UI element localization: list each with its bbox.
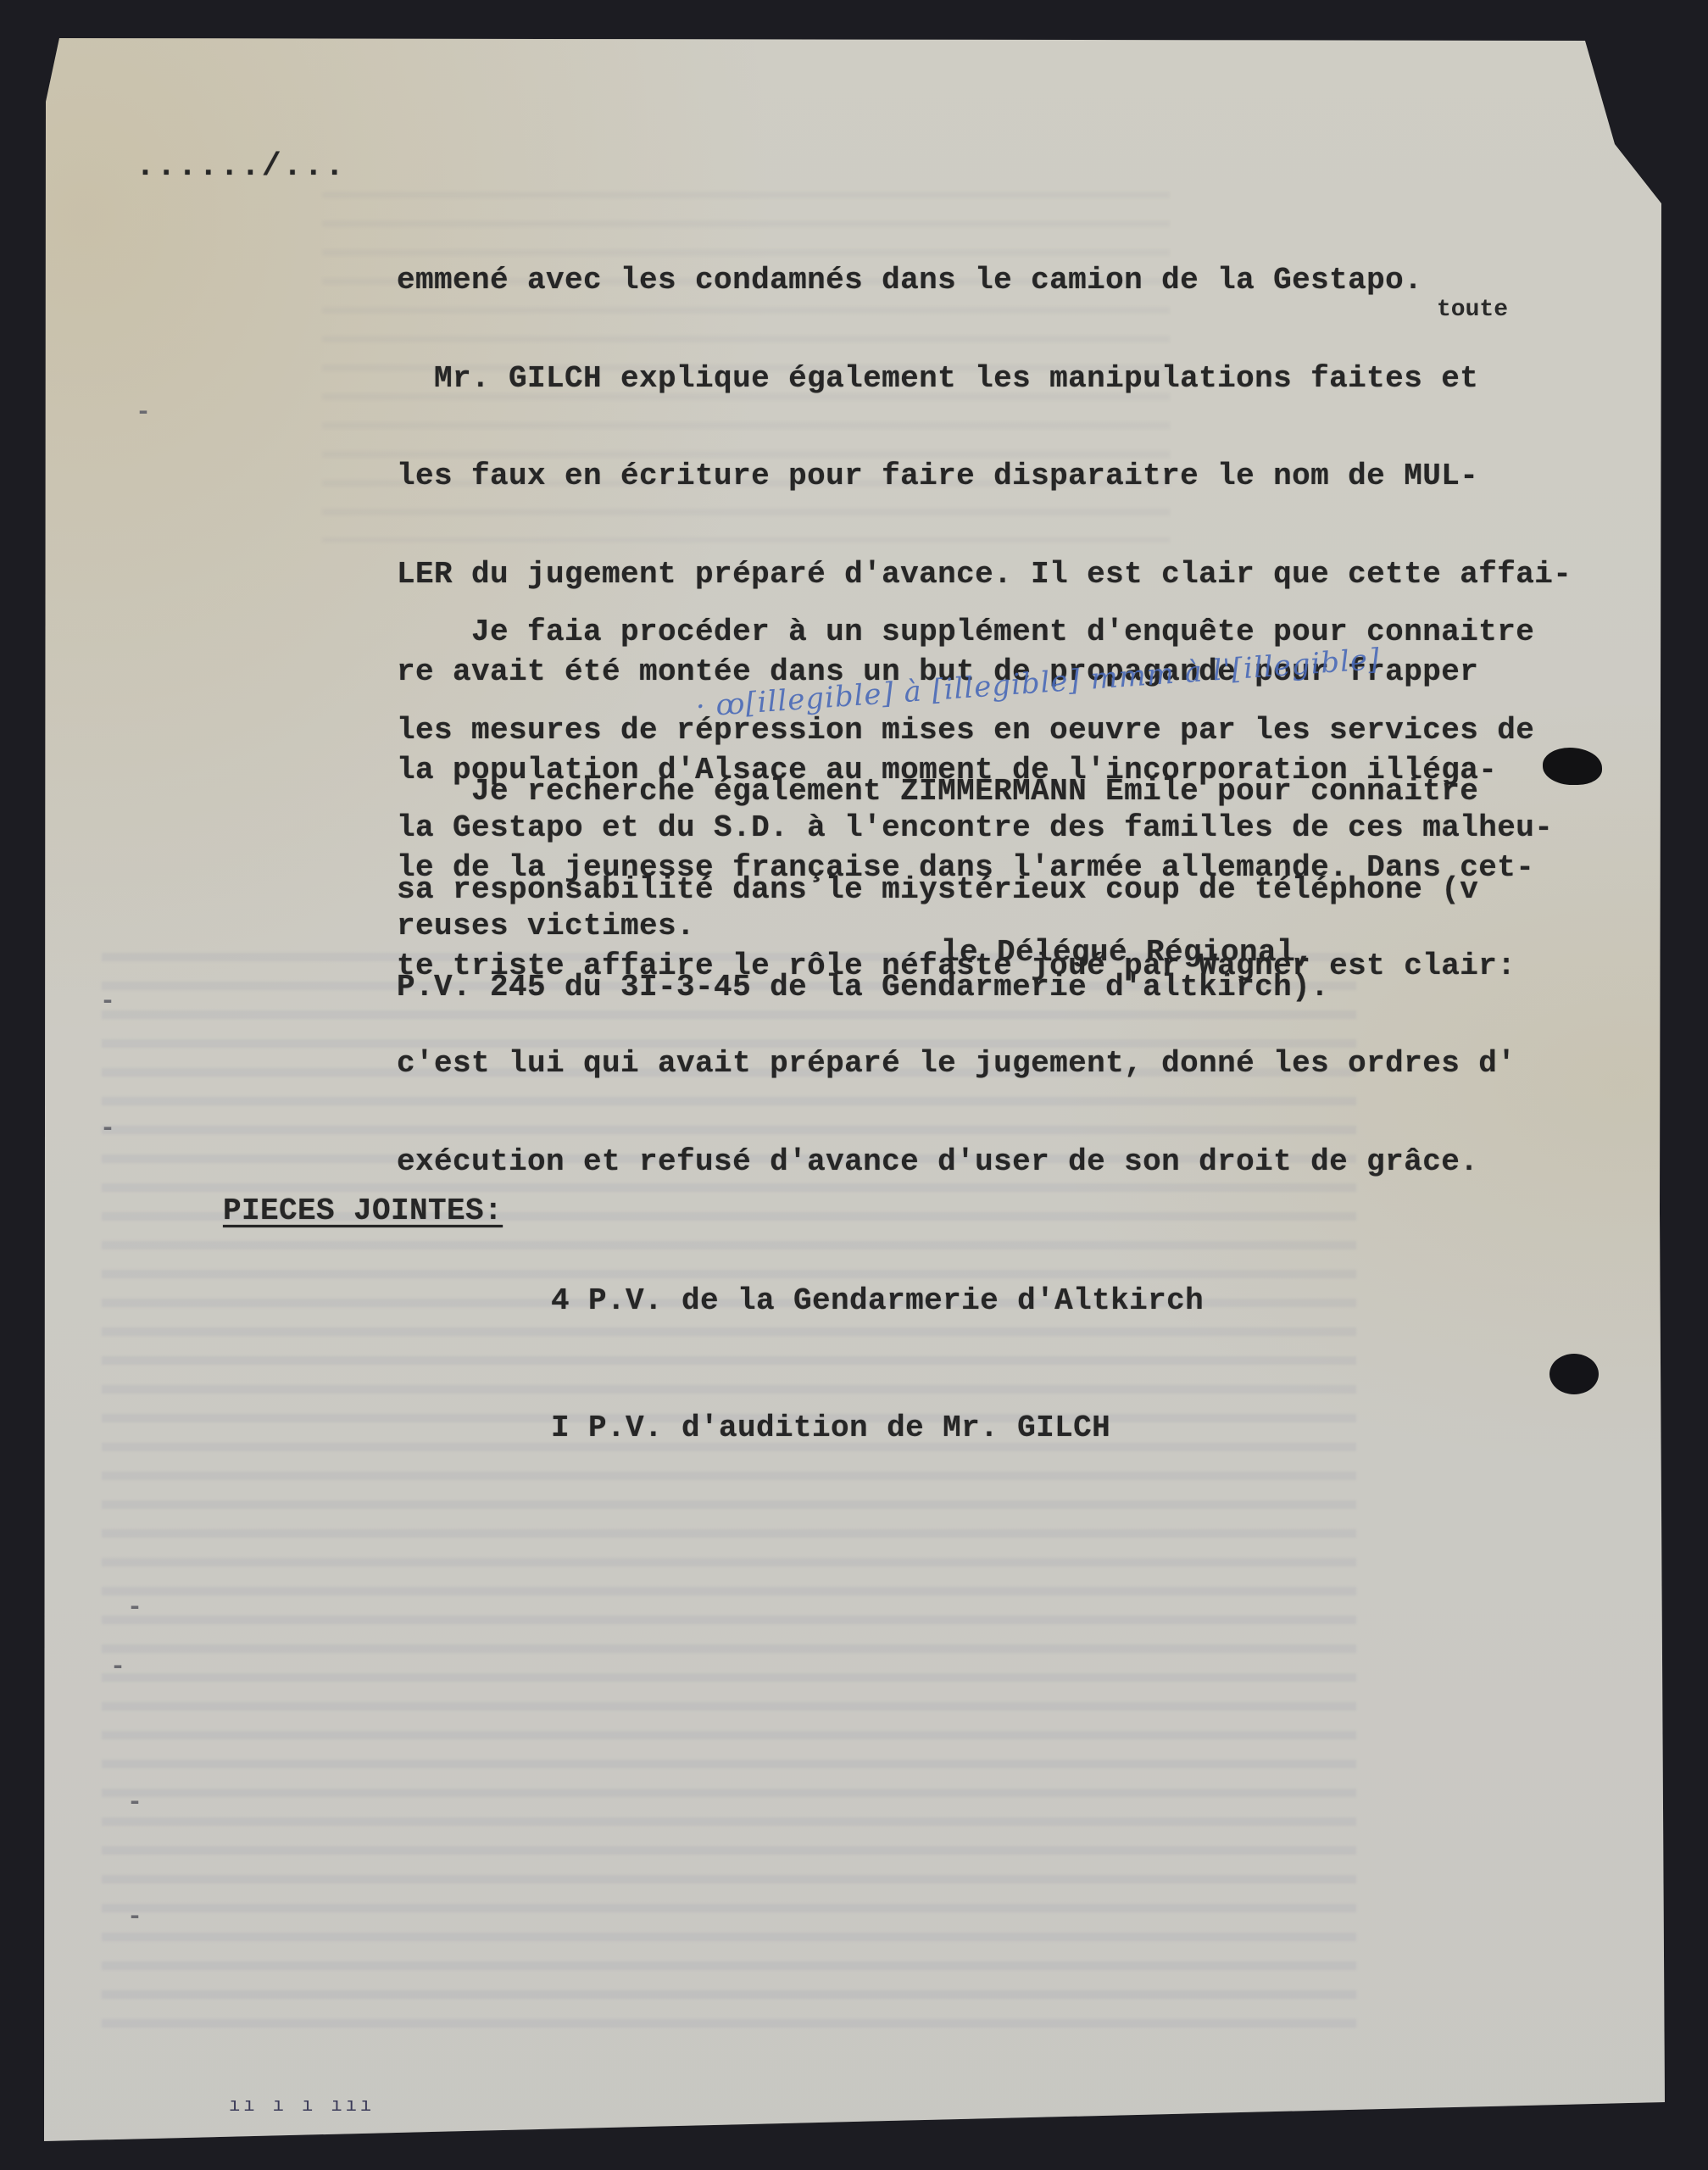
- bleed-dash-mark: -: [100, 1115, 115, 1143]
- punch-hole: [1549, 1354, 1599, 1394]
- bleed-dash-mark: -: [136, 398, 151, 427]
- attachments-label: PIECES JOINTES:: [223, 1195, 503, 1228]
- attachment-item: 4 P.V. de la Gendarmerie d'Altkirch: [551, 1280, 1204, 1322]
- text-line: sa responsabilité dans le miystérieux co…: [397, 874, 1478, 907]
- document-page: ....../... emmené avec les condamnés dan…: [0, 0, 1708, 2170]
- text-line: Je faia procéder à un supplément d'enquê…: [397, 616, 1553, 649]
- text-line: P.V. 245 du 3I-3-45 de la Gendarmerie d'…: [397, 971, 1478, 1004]
- bleed-dash-mark: -: [127, 1903, 142, 1932]
- attachments-label-text: PIECES JOINTES:: [223, 1193, 503, 1228]
- bottom-ink-marks: ıı ı ı ııı: [229, 2095, 375, 2117]
- paragraph-zimmermann-search: Je recherche également ZIMMERMANN Emile …: [397, 710, 1478, 1070]
- text-line: Mr. GILCH explique également les manipul…: [397, 363, 1572, 396]
- page-continuation-marker: ....../...: [136, 151, 346, 184]
- signature-line: le Délégué Régional,: [941, 937, 1314, 970]
- interlinear-correction: toute: [1437, 297, 1508, 323]
- bleed-dash-mark: -: [127, 1594, 142, 1622]
- bleed-dash-mark: -: [100, 988, 115, 1016]
- text-line: emmené avec les condamnés dans le camion…: [397, 264, 1572, 298]
- attachment-item: I P.V. d'audition de Mr. GILCH: [551, 1407, 1204, 1449]
- bleed-dash-mark: -: [127, 1789, 142, 1817]
- bleed-dash-mark: -: [110, 1653, 125, 1682]
- text-line: Je recherche également ZIMMERMANN Emile …: [397, 776, 1478, 809]
- text-line: exécution et refusé d'avance d'user de s…: [397, 1146, 1572, 1179]
- attachments-list: 4 P.V. de la Gendarmerie d'Altkirch I P.…: [551, 1195, 1204, 1534]
- ink-blot: [1543, 748, 1602, 785]
- text-line: les faux en écriture pour faire disparai…: [397, 460, 1572, 493]
